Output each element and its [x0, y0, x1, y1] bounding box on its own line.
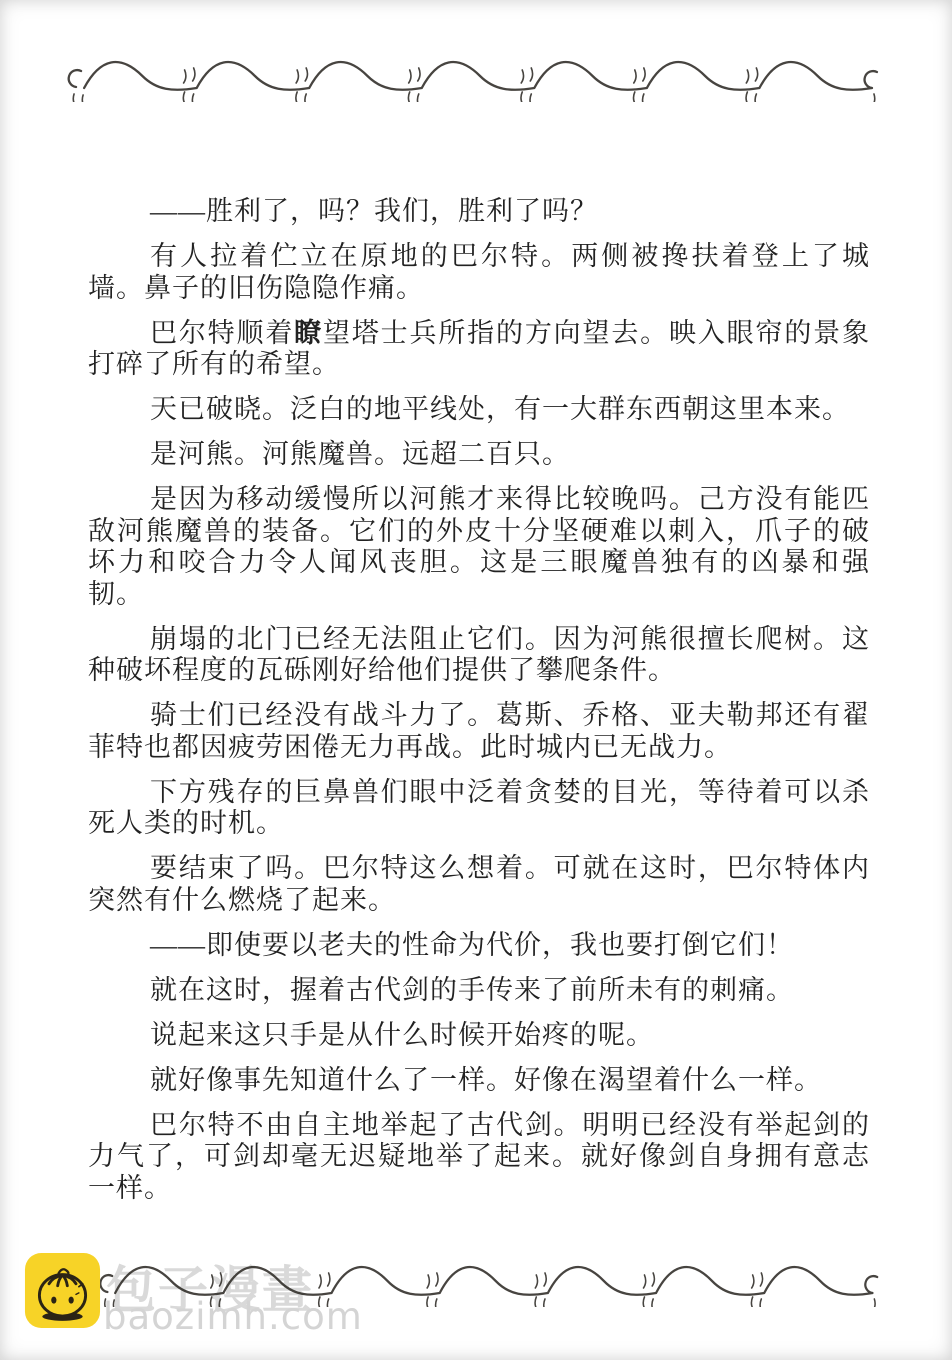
- paragraph: 说起来这只手是从什么时候开始疼的呢。: [88, 1020, 870, 1052]
- paragraph-segment: 巴尔特顺着: [150, 318, 294, 348]
- paragraph: 崩塌的北门已经无法阻止它们。因为河熊很擅长爬树。这种破坏程度的瓦砾刚好给他们提供…: [88, 624, 870, 687]
- baozi-bun-icon: [24, 1252, 101, 1329]
- bold-fallback-char: 瞭: [294, 318, 323, 349]
- paragraph: 就好像事先知道什么了一样。好像在渴望着什么一样。: [88, 1065, 870, 1097]
- paragraph: 骑士们已经没有战斗力了。葛斯、乔格、亚夫勒邦还有翟菲特也都因疲劳困倦无力再战。此…: [88, 700, 870, 763]
- paragraph: 是因为移动缓慢所以河熊才来得比较晚吗。己方没有能匹敌河熊魔兽的装备。它们的外皮十…: [88, 484, 870, 610]
- paragraph: 下方残存的巨鼻兽们眼中泛着贪婪的目光，等待着可以杀死人类的时机。: [88, 777, 870, 840]
- bottom-flourish-ornament-icon: [92, 1259, 884, 1307]
- paragraph: ——即使要以老夫的性命为代价，我也要打倒它们！: [88, 930, 870, 962]
- paragraph: 要结束了吗。巴尔特这么想着。可就在这时，巴尔特体内突然有什么燃烧了起来。: [88, 853, 870, 916]
- novel-page: { "page": { "background_color": "#ffffff…: [0, 0, 952, 1360]
- paragraph: 天已破晓。泛白的地平线处，有一大群东西朝这里本来。: [88, 394, 870, 426]
- paragraph: 是河熊。河熊魔兽。远超二百只。: [88, 439, 870, 471]
- top-flourish-ornament-icon: [60, 54, 884, 102]
- paragraph: 就在这时，握着古代剑的手传来了前所未有的刺痛。: [88, 975, 870, 1007]
- paragraph: 巴尔特顺着瞭望塔士兵所指的方向望去。映入眼帘的景象打碎了所有的希望。: [88, 318, 870, 381]
- paragraph: 有人拉着伫立在原地的巴尔特。两侧被搀扶着登上了城墙。鼻子的旧伤隐隐作痛。: [88, 241, 870, 304]
- paragraph: 巴尔特不由自主地举起了古代剑。明明已经没有举起剑的力气了，可剑却毫无迟疑地举了起…: [88, 1110, 870, 1205]
- paragraph: ——胜利了，吗？我们，胜利了吗？: [88, 196, 870, 228]
- novel-text-content: ——胜利了，吗？我们，胜利了吗？ 有人拉着伫立在原地的巴尔特。两侧被搀扶着登上了…: [88, 196, 870, 1218]
